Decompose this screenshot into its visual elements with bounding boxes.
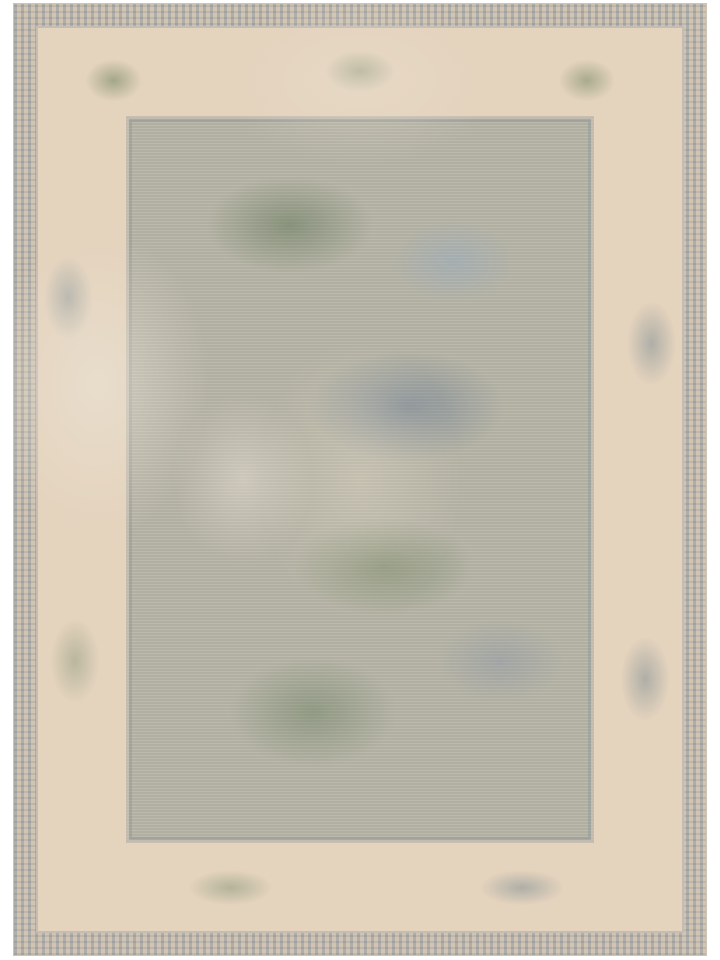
- rug-medallion: [250, 330, 470, 630]
- rug: [14, 4, 706, 955]
- rug-center-field: [126, 116, 594, 843]
